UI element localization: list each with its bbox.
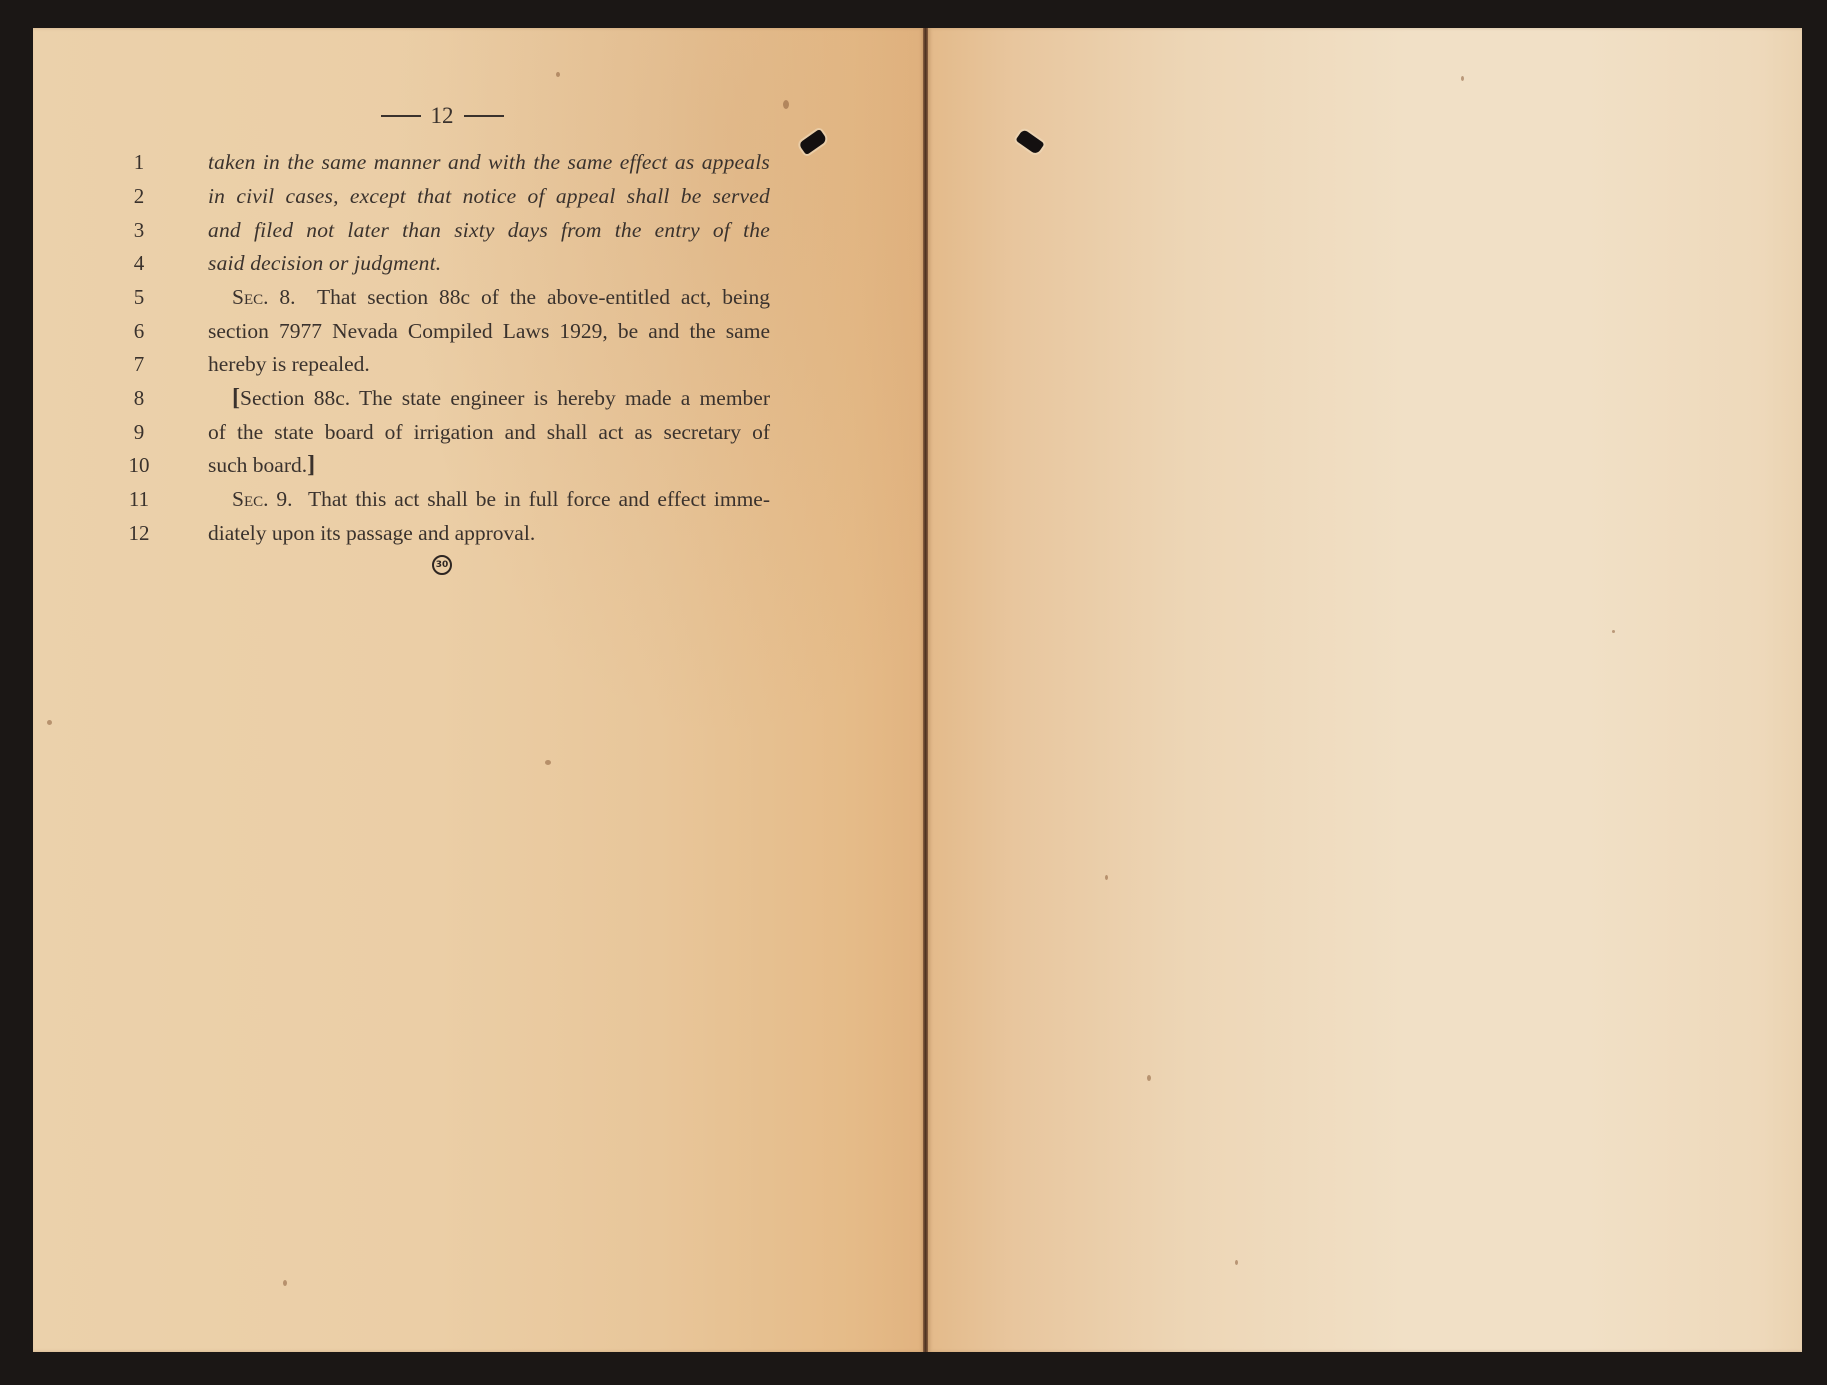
union-bug-icon: 30 bbox=[432, 555, 452, 575]
numbered-line: 12 diately upon its passage and approval… bbox=[0, 516, 800, 550]
line-text: [Section 88c. The state engineer is here… bbox=[208, 381, 770, 415]
line-text: diately upon its passage and approval. bbox=[208, 516, 770, 550]
line-text: Sec. 9. That this act shall be in full f… bbox=[208, 482, 770, 516]
line-text: of the state board of irrigation and sha… bbox=[208, 415, 770, 449]
numbered-line: 2 in civil cases, except that notice of … bbox=[0, 179, 800, 213]
line-number: 2 bbox=[120, 179, 158, 213]
paper-fleck bbox=[1461, 76, 1464, 81]
numbered-line: 8 [Section 88c. The state engineer is he… bbox=[0, 381, 800, 415]
numbered-line: 3 and filed not later than sixty days fr… bbox=[0, 213, 800, 247]
numbered-line: 5 Sec. 8. That section 88c of the above-… bbox=[0, 280, 800, 314]
numbered-line: 11 Sec. 9. That this act shall be in ful… bbox=[0, 482, 800, 516]
open-bracket: [ bbox=[232, 385, 240, 411]
paper-fleck bbox=[1612, 630, 1615, 633]
line-text: and filed not later than sixty days from… bbox=[208, 213, 770, 247]
numbered-line: 7 hereby is repealed. bbox=[0, 347, 800, 381]
line-text: such board.] bbox=[208, 448, 770, 482]
numbered-line: 4 said decision or judgment. bbox=[0, 246, 800, 280]
line-text-body: That this act shall be in full force and… bbox=[308, 487, 770, 511]
line-text: taken in the same manner and with the sa… bbox=[208, 145, 770, 179]
line-text-body: such board. bbox=[208, 453, 307, 477]
close-bracket: ] bbox=[307, 452, 315, 478]
page-number-dash-left bbox=[381, 115, 421, 117]
line-number: 10 bbox=[120, 448, 158, 482]
right-page bbox=[928, 28, 1802, 1352]
line-text: section 7977 Nevada Compiled Laws 1929, … bbox=[208, 314, 770, 348]
line-text: Sec. 8. That section 88c of the above-en… bbox=[208, 280, 770, 314]
paper-fleck bbox=[1235, 1260, 1238, 1265]
paper-fleck bbox=[556, 72, 560, 77]
line-number: 6 bbox=[120, 314, 158, 348]
book-spine bbox=[923, 28, 928, 1352]
line-number: 8 bbox=[120, 381, 158, 415]
line-text-body: That section 88c of the above-entitled a… bbox=[317, 285, 770, 309]
line-number: 1 bbox=[120, 145, 158, 179]
line-number: 3 bbox=[120, 213, 158, 247]
page-number-value: 12 bbox=[431, 103, 454, 129]
line-number: 5 bbox=[120, 280, 158, 314]
line-text: hereby is repealed. bbox=[208, 347, 770, 381]
section-label: Sec. 9. bbox=[232, 487, 293, 511]
line-text-body: Section 88c. The state engineer is hereb… bbox=[240, 386, 770, 410]
numbered-line: 10 such board.] bbox=[0, 448, 800, 482]
numbered-line: 1 taken in the same manner and with the … bbox=[0, 145, 800, 179]
numbered-line: 9 of the state board of irrigation and s… bbox=[0, 415, 800, 449]
line-number: 7 bbox=[120, 347, 158, 381]
line-number: 4 bbox=[120, 246, 158, 280]
line-number: 11 bbox=[120, 482, 158, 516]
section-label: Sec. 8. bbox=[232, 285, 296, 309]
page-number-dash-right bbox=[464, 115, 504, 117]
paper-fleck bbox=[47, 720, 52, 725]
line-text: said decision or judgment. bbox=[208, 246, 770, 280]
line-text: in civil cases, except that notice of ap… bbox=[208, 179, 770, 213]
paper-fleck bbox=[545, 760, 551, 765]
paper-fleck bbox=[1105, 875, 1108, 880]
paper-fleck bbox=[1147, 1075, 1151, 1081]
line-number: 9 bbox=[120, 415, 158, 449]
numbered-line: 6 section 7977 Nevada Compiled Laws 1929… bbox=[0, 314, 800, 348]
line-number: 12 bbox=[120, 516, 158, 550]
paper-fleck bbox=[783, 100, 789, 109]
page-number: 12 bbox=[370, 103, 514, 129]
paper-fleck bbox=[283, 1280, 287, 1286]
